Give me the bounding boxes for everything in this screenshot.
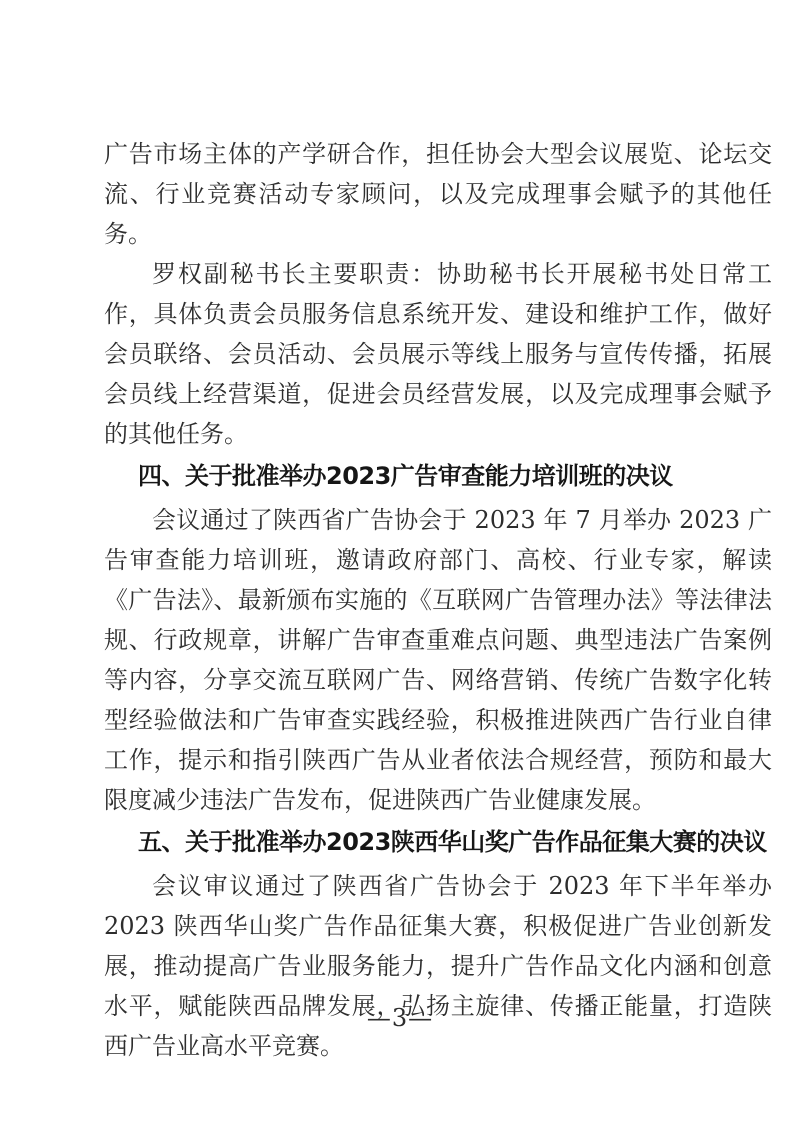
body-paragraph-section-4: 会议通过了陕西省广告协会于 2023 年 7 月举办 2023 广告审查能力培训…	[104, 500, 772, 820]
page-number: —3—	[367, 1004, 433, 1032]
body-paragraph-continuation: 广告市场主体的产学研合作，担任协会大型会议展览、论坛交流、行业竞赛活动专家顾问，…	[104, 134, 772, 254]
document-body: 广告市场主体的产学研合作，担任协会大型会议展览、论坛交流、行业竞赛活动专家顾问，…	[104, 134, 772, 1066]
document-page: 广告市场主体的产学研合作，担任协会大型会议展览、论坛交流、行业竞赛活动专家顾问，…	[0, 0, 800, 1132]
section-heading-5: 五、关于批准举办2023陕西华山奖广告作品征集大赛的决议	[104, 822, 772, 862]
body-paragraph-section-5: 会议审议通过了陕西省广告协会于 2023 年下半年举办 2023 陕西华山奖广告…	[104, 866, 772, 1066]
section-heading-4: 四、关于批准举办2023广告审查能力培训班的决议	[104, 456, 772, 496]
page-footer: —3—	[0, 1004, 800, 1032]
body-paragraph-luoquan-duties: 罗权副秘书长主要职责：协助秘书长开展秘书处日常工作，具体负责会员服务信息系统开发…	[104, 254, 772, 454]
